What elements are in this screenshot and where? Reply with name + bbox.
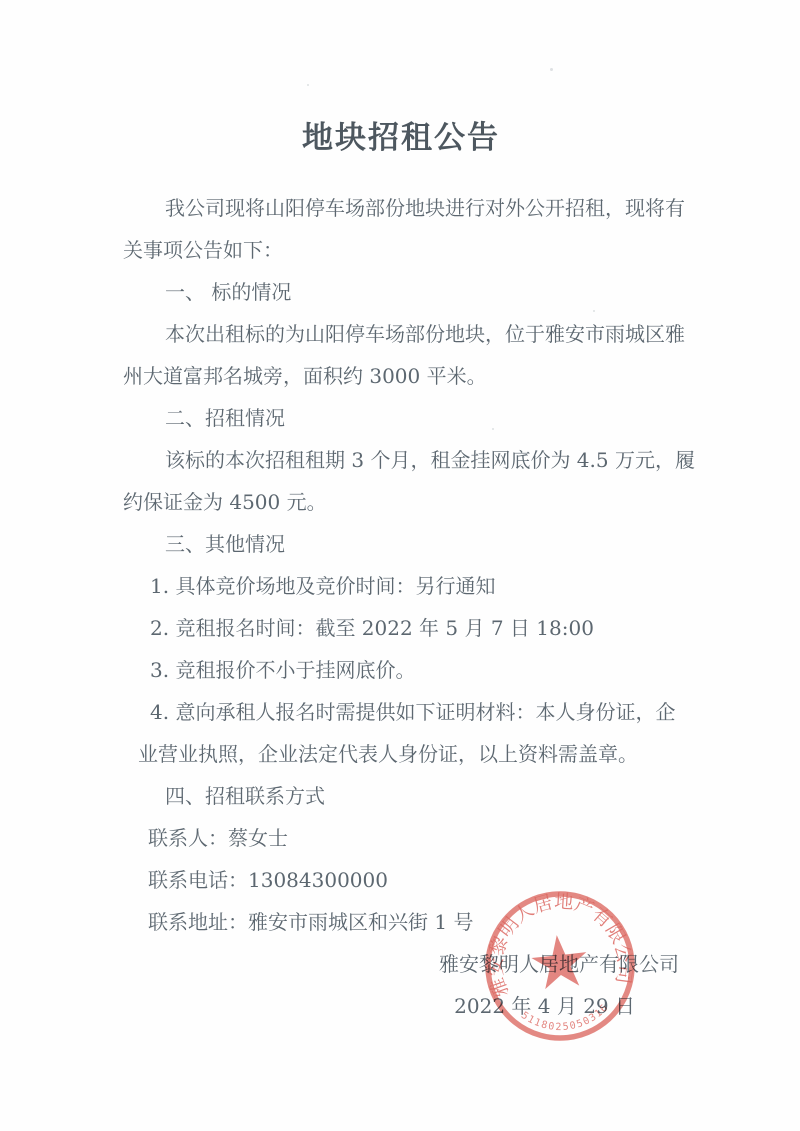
section3-item-4-line-1: 4. 意向承租人报名时需提供如下证明材料：本人身份证，企 <box>150 691 679 733</box>
section2-heading: 二、招租情况 <box>165 397 679 439</box>
scan-noise-speck <box>593 310 595 312</box>
section1-line-1: 本次出租标的为山阳停车场部份地块，位于雅安市雨城区雅 <box>165 313 679 355</box>
section3-item-4-line-2: 业营业执照，企业法定代表人身份证，以上资料需盖章。 <box>138 733 679 775</box>
official-seal: 雅安黎明人居地产有限公司 5118025050316 <box>460 866 660 1066</box>
section3-heading: 三、其他情况 <box>165 523 679 565</box>
section4-heading: 四、招租联系方式 <box>165 775 679 817</box>
scan-noise-speck <box>492 428 494 430</box>
section3-item-3: 3. 竞租报价不小于挂网底价。 <box>150 649 679 691</box>
section1-heading: 一、 标的情况 <box>165 271 679 313</box>
scanned-document-page: 地块招租公告 我公司现将山阳停车场部份地块进行对外公开招租，现将有 关事项公告如… <box>0 0 800 1131</box>
section3-item-2: 2. 竞租报名时间：截至 2022 年 5 月 7 日 18:00 <box>150 607 679 649</box>
scan-noise-speck <box>550 68 553 71</box>
section3-item-1: 1. 具体竞价场地及竞价时间：另行通知 <box>150 565 679 607</box>
seal-star-icon <box>529 932 589 990</box>
scan-noise-speck <box>307 84 309 86</box>
intro-line-1: 我公司现将山阳停车场部份地块进行对外公开招租，现将有 <box>165 187 679 229</box>
intro-line-2: 关事项公告如下： <box>123 229 679 271</box>
section2-line-1: 该标的本次招租租期 3 个月，租金挂网底价为 4.5 万元，履 <box>165 439 679 481</box>
section1-line-2: 州大道富邦名城旁，面积约 3000 平米。 <box>123 355 679 397</box>
section2-line-2: 约保证金为 4500 元。 <box>123 481 679 523</box>
document-title: 地块招租公告 <box>123 118 679 158</box>
contact-person: 联系人：蔡女士 <box>148 817 679 859</box>
